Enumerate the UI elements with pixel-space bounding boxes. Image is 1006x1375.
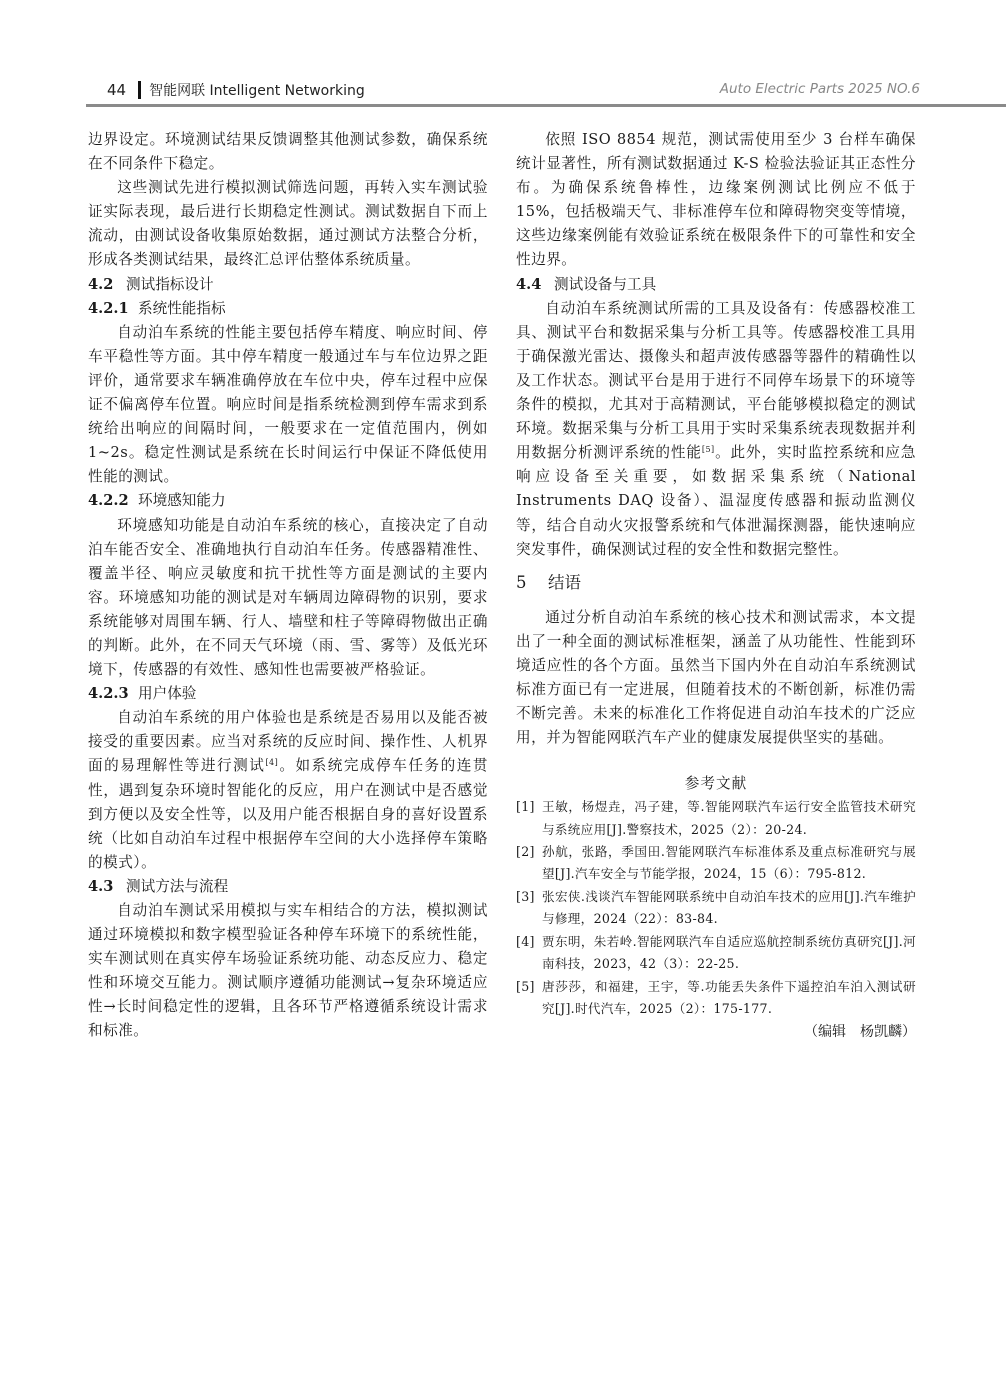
- references-list: [1]王敏，杨煜垚，冯子建，等.智能网联汽车运行安全监管技术研究与系统应用[J]…: [516, 796, 916, 1020]
- editor-credit: （编辑 杨凯麟）: [516, 1020, 916, 1044]
- reference-item: [5]唐莎莎，和福建，王宇，等.功能丢失条件下遥控泊车泊入测试研究[J].时代汽…: [516, 976, 916, 1021]
- section-heading-4-3: 4.3测试方法与流程: [88, 875, 488, 899]
- section-heading-5: 5结语: [516, 570, 916, 596]
- section-heading-4-2: 4.2测试指标设计: [88, 273, 488, 297]
- header-divider-bar: [138, 81, 141, 99]
- paragraph: 边界设定。环境测试结果反馈调整其他测试参数，确保系统在不同条件下稳定。: [88, 128, 488, 176]
- left-column: 边界设定。环境测试结果反馈调整其他测试参数，确保系统在不同条件下稳定。 这些测试…: [88, 128, 488, 1044]
- paragraph: 自动泊车系统的性能主要包括停车精度、响应时间、停车平稳性等方面。其中停车精度一般…: [88, 321, 488, 490]
- section-heading-4-2-3: 4.2.3用户体验: [88, 682, 488, 706]
- header-left: 44 智能网联 Intelligent Networking: [107, 80, 365, 100]
- reference-item: [1]王敏，杨煜垚，冯子建，等.智能网联汽车运行安全监管技术研究与系统应用[J]…: [516, 796, 916, 841]
- section-heading-4-2-2: 4.2.2环境感知能力: [88, 489, 488, 513]
- references-title: 参考文献: [516, 772, 916, 796]
- reference-item: [2]孙航，张路，季国田.智能网联汽车标准体系及重点标准研究与展望[J].汽车安…: [516, 841, 916, 886]
- reference-item: [4]贾东明，朱若岭.智能网联汽车自适应巡航控制系统仿真研究[J].河南科技，2…: [516, 931, 916, 976]
- paragraph: 自动泊车测试采用模拟与实车相结合的方法，模拟测试通过环境模拟和数字模型验证各种停…: [88, 899, 488, 1044]
- paragraph: 自动泊车系统测试所需的工具及设备有：传感器校准工具、测试平台和数据采集与分析工具…: [516, 297, 916, 562]
- page-header: 44 智能网联 Intelligent Networking Auto Elec…: [0, 0, 1006, 108]
- paragraph: 依照 ISO 8854 规范，测试需使用至少 3 台样车确保统计显著性，所有测试…: [516, 128, 916, 273]
- citation-link[interactable]: [5]: [702, 445, 715, 454]
- section-title: 智能网联 Intelligent Networking: [149, 80, 365, 100]
- header-rule: [86, 104, 1006, 107]
- section-heading-4-4: 4.4测试设备与工具: [516, 273, 916, 297]
- section-heading-4-2-1: 4.2.1系统性能指标: [88, 297, 488, 321]
- paragraph: 通过分析自动泊车系统的核心技术和测试需求，本文提出了一种全面的测试标准框架，涵盖…: [516, 606, 916, 751]
- right-column: 依照 ISO 8854 规范，测试需使用至少 3 台样车确保统计显著性，所有测试…: [516, 128, 916, 1044]
- paragraph: 这些测试先进行模拟测试筛选问题，再转入实车测试验证实际表现，最后进行长期稳定性测…: [88, 176, 488, 272]
- paragraph: 环境感知功能是自动泊车系统的核心，直接决定了自动泊车能否安全、准确地执行自动泊车…: [88, 514, 488, 683]
- page-number: 44: [107, 81, 126, 99]
- paragraph: 自动泊车系统的用户体验也是系统是否易用以及能否被接受的重要因素。应当对系统的反应…: [88, 706, 488, 875]
- reference-item: [3]张宏侠.浅谈汽车智能网联系统中自动泊车技术的应用[J].汽车维护与修理，2…: [516, 886, 916, 931]
- citation-link[interactable]: [4]: [265, 758, 278, 767]
- journal-name: Auto Electric Parts 2025 NO.6: [720, 81, 920, 97]
